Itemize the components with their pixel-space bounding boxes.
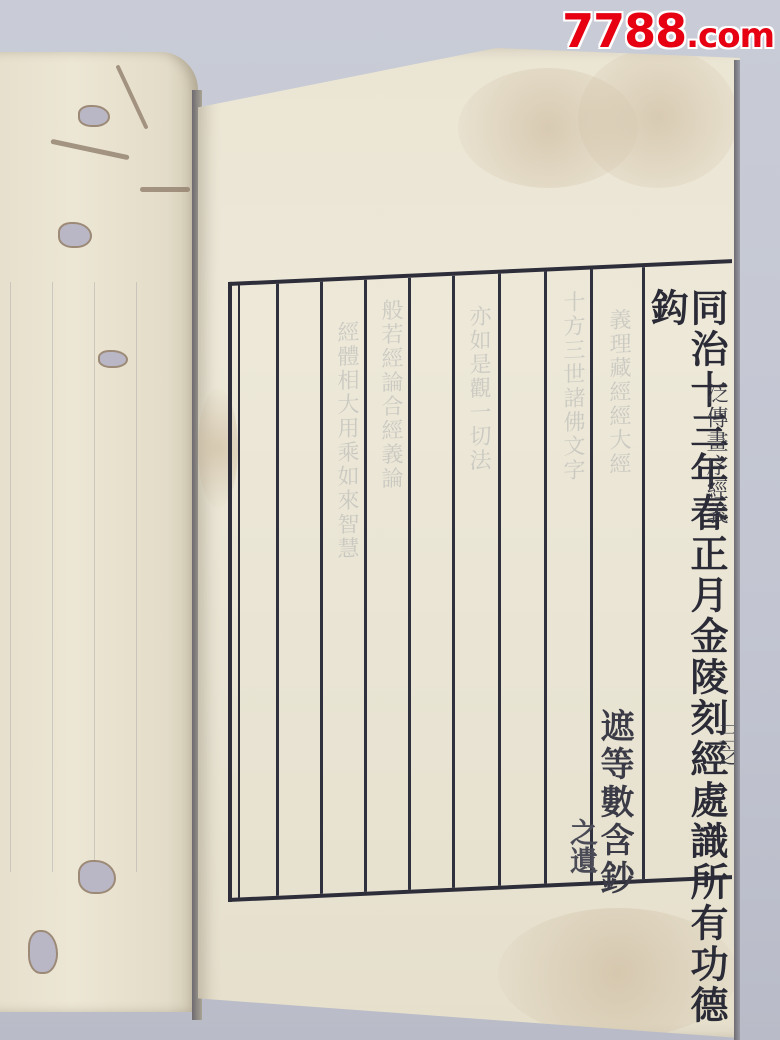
worm-hole [100, 352, 126, 366]
faint-rule [52, 282, 53, 872]
column-rule [364, 280, 367, 892]
watermark-logo: 7788.com [562, 4, 774, 58]
column-rule [320, 282, 323, 894]
column-rule [452, 276, 455, 888]
worm-hole [30, 932, 56, 972]
bleed-through-text: 十方三世諸佛文字 [558, 290, 586, 483]
worm-damage [115, 64, 148, 129]
column-rule [642, 267, 645, 879]
book-photo: 經體相大用乘如來智慧 般若經論合經義論 亦如是觀一切法 十方三世諸佛文字 義理藏… [0, 0, 780, 1040]
worm-hole [80, 862, 114, 892]
column-rule [590, 269, 593, 881]
faint-rule [94, 282, 95, 872]
column-rule [276, 284, 279, 896]
worm-damage [140, 187, 190, 192]
watermark-suffix: .com [686, 16, 774, 56]
bleed-through-text: 經體相大用乘如來智慧 [332, 320, 360, 561]
column-rule [408, 278, 411, 890]
worm-damage [50, 139, 129, 161]
column-rule [544, 272, 547, 884]
faint-rule [136, 282, 137, 872]
faint-rule [10, 282, 11, 872]
worm-hole [60, 224, 90, 246]
page-edge [734, 60, 740, 1040]
stain [578, 48, 738, 188]
worm-hole [80, 107, 108, 125]
left-page [0, 52, 198, 1012]
bleed-through-text: 亦如是觀一切法 [464, 304, 492, 473]
watermark-digits: 7788 [562, 4, 686, 58]
tail-text-column: 之遺 [562, 818, 602, 874]
column-rule [498, 274, 501, 886]
bleed-through-text: 般若經論合經義論 [376, 298, 404, 491]
bleed-through-text: 義理藏經經大經 [604, 308, 632, 477]
margin-title: 泛傳畫序經義 [700, 382, 731, 526]
